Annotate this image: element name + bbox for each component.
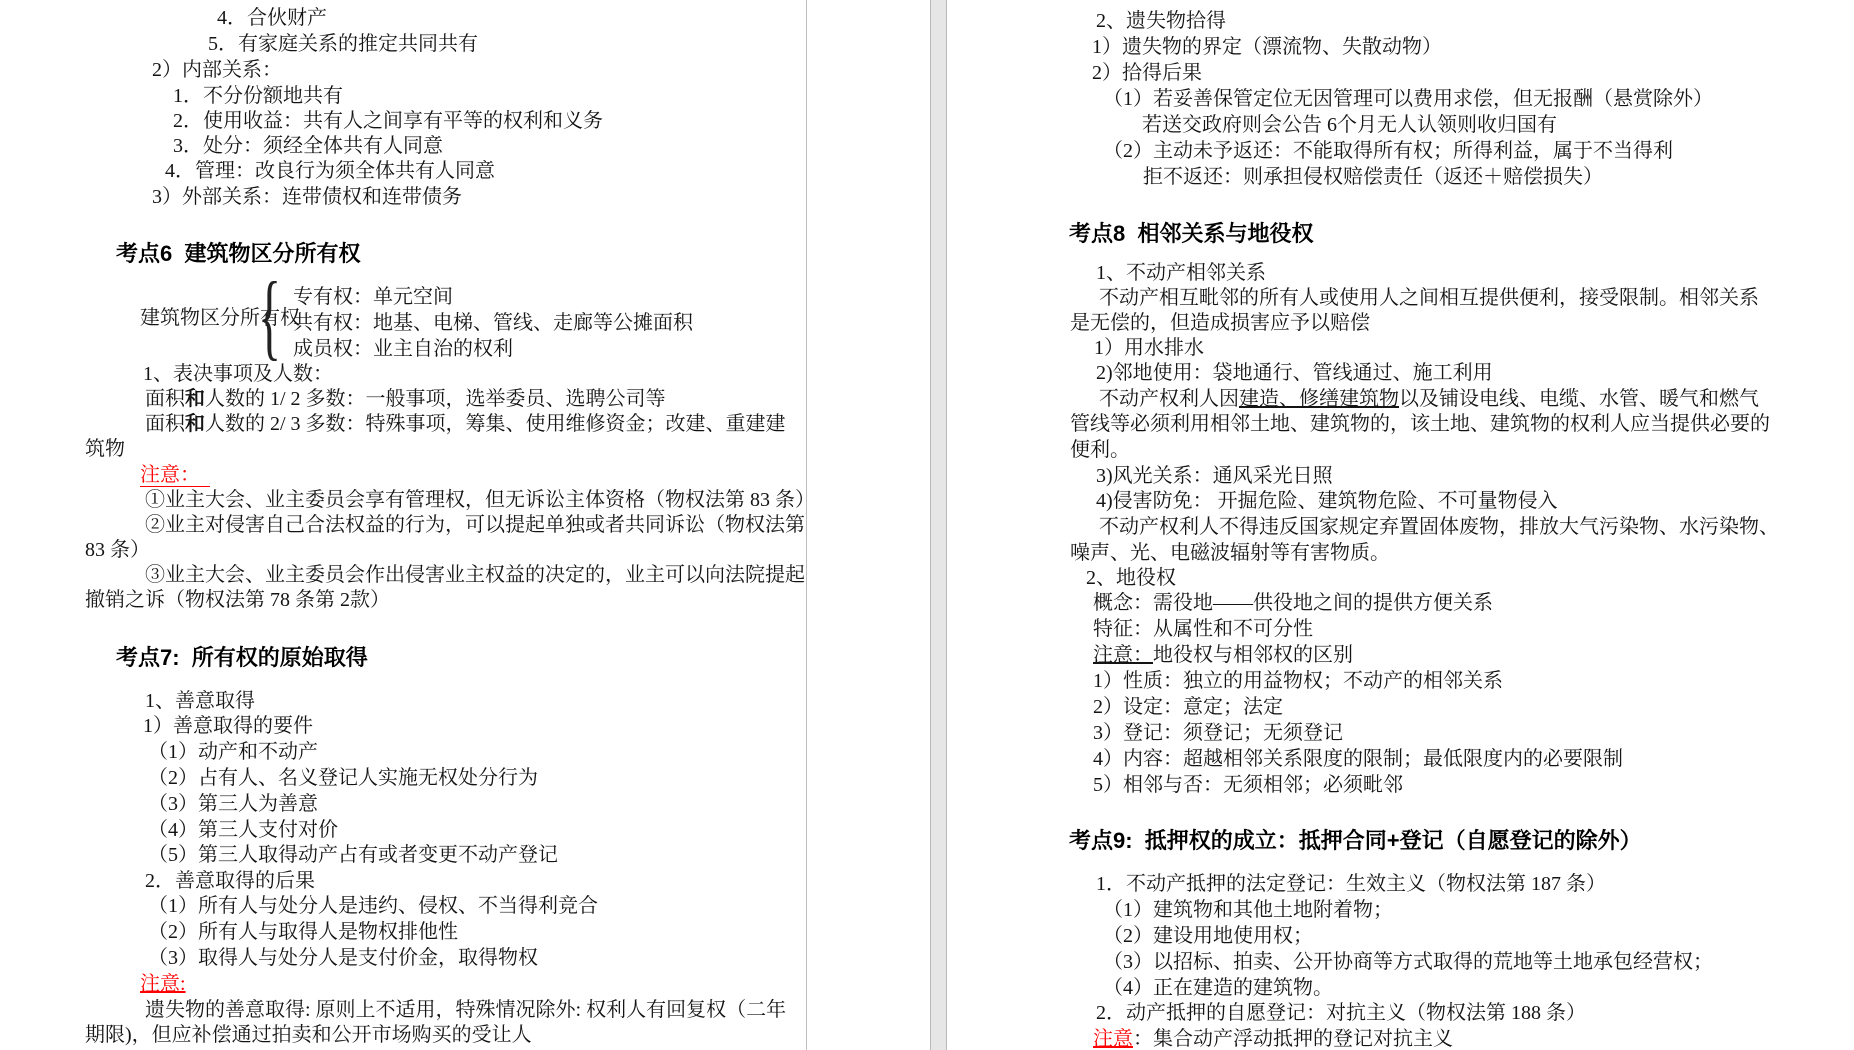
text-line: （4）第三人支付对价: [148, 817, 338, 843]
text-line: 1、善意取得: [145, 688, 255, 714]
text-line: 1、表决事项及人数：: [143, 361, 333, 387]
section-heading-7: 考点7: 所有权的原始取得: [116, 645, 368, 671]
text-line: （2）主动未予返还：不能取得所有权；所得利益，属于不当得利: [1103, 138, 1673, 164]
section-heading-8: 考点8 相邻关系与地役权: [1069, 221, 1313, 247]
text-line: 噪声、光、电磁波辐射等有害物质。: [1070, 540, 1390, 566]
page-edge-divider: [806, 0, 807, 1050]
text-line: ③业主大会、业主委员会作出侵害业主权益的决定的，业主可以向法院提起: [145, 562, 805, 588]
text-segment: 面积: [145, 413, 185, 435]
underlined-text: 注意：: [1093, 644, 1153, 666]
text-line: 注意：地役权与相邻权的区别: [1093, 642, 1353, 668]
text-segment: 不动产权利人因: [1099, 388, 1239, 410]
text-line: 撤销之诉（物权法第 78 条第 2款）: [85, 587, 390, 613]
text-line: 3）登记：须登记；无须登记: [1093, 720, 1343, 746]
text-line: （1）建筑物和其他土地附着物；: [1103, 897, 1393, 923]
text-line: 遗失物的善意取得: 原则上不适用，特殊情况除外: 权利人有回复权（二年: [145, 997, 786, 1023]
text-line: 期限)，但应补偿通过拍卖和公开市场购买的受让人: [85, 1022, 532, 1048]
text-line: 面积和人数的 2/ 3 多数：特殊事项，筹集、使用维修资金；改建、重建建: [145, 411, 786, 437]
text-line: 筑物: [85, 436, 125, 462]
text-line: 2．动产抵押的自愿登记：对抗主义（物权法第 188 条）: [1096, 1000, 1586, 1026]
text-line: （2）建设用地使用权；: [1103, 923, 1313, 949]
text-line: 不动产权利人因建造、修缮建筑物以及铺设电线、电缆、水管、暖气和燃气: [1099, 386, 1759, 412]
text-line: 1）用水排水: [1094, 335, 1204, 361]
text-line: 2．使用收益：共有人之间享有平等的权利和义务: [173, 108, 603, 134]
text-line: 4）内容：超越相邻关系限度的限制；最低限度内的必要限制: [1093, 746, 1623, 772]
text-line: 1）遗失物的界定（漂流物、失散动物）: [1092, 34, 1442, 60]
text-line: 2）拾得后果: [1092, 60, 1202, 86]
text-segment: 地役权与相邻权的区别: [1153, 644, 1353, 666]
text-line: 面积和人数的 1/ 2 多数：一般事项，选举委员、选聘公司等: [145, 386, 666, 412]
text-segment: 以及铺设电线、电缆、水管、暖气和燃气: [1399, 388, 1759, 410]
text-line: 若送交政府则会公告 6个月无人认领则收归国有: [1142, 112, 1557, 138]
text-line: 1）性质：独立的用益物权；不动产的相邻关系: [1093, 668, 1503, 694]
text-line: 特征：从属性和不可分性: [1093, 616, 1313, 642]
text-line: 2）内部关系：: [152, 57, 282, 83]
text-line: 4．合伙财产: [217, 5, 327, 31]
text-line: （3）以招标、拍卖、公开协商等方式取得的荒地等土地承包经营权；: [1103, 949, 1713, 975]
text-line: 5．有家庭关系的推定共同共有: [208, 31, 478, 57]
text-line: 2、地役权: [1086, 565, 1176, 591]
underlined-text: 建造、修缮建筑物: [1239, 388, 1399, 410]
notice-label: 注意：集合动产浮动抵押的登记对抗主义: [1093, 1026, 1453, 1050]
text-line: 便利。: [1070, 437, 1130, 463]
text-line: （1）若妥善保管定位无因管理可以费用求偿，但无报酬（悬赏除外）: [1103, 86, 1713, 112]
notice-text: 注意: [1093, 1028, 1133, 1050]
text-segment: 人数的 2/ 3 多数：特殊事项，筹集、使用维修资金；改建、重建建: [205, 413, 786, 435]
text-line: （1）动产和不动产: [148, 739, 318, 765]
text-line: （4）正在建造的建筑物。: [1103, 975, 1333, 1001]
text-line: 是无偿的，但造成损害应予以赔偿: [1070, 310, 1370, 336]
bold-text: 和: [185, 388, 205, 410]
bold-text: 和: [185, 413, 205, 435]
text-line: （1）所有人与处分人是违约、侵权、不当得利竞合: [148, 893, 598, 919]
section-heading-6: 考点6 建筑物区分所有权: [116, 241, 360, 267]
vertical-scrollbar[interactable]: [930, 0, 947, 1050]
text-line: 管线等必须利用相邻土地、建筑物的，该土地、建筑物的权利人应当提供必要的: [1070, 411, 1770, 437]
text-line: 2)邻地使用：袋地通行、管线通过、施工利用: [1096, 360, 1493, 386]
text-line: 3)风光关系：通风采光日照: [1096, 463, 1333, 489]
curly-brace: {: [258, 272, 281, 360]
text-line: 1、不动产相邻关系: [1096, 260, 1266, 286]
text-line: （3）第三人为善意: [148, 791, 318, 817]
notice-label: 注意：: [140, 462, 210, 488]
text-line: ②业主对侵害自己合法权益的行为，可以提起单独或者共同诉讼（物权法第: [145, 512, 805, 538]
text-line: 概念：需役地——供役地之间的提供方便关系: [1093, 590, 1493, 616]
text-line: （3）取得人与处分人是支付价金，取得物权: [148, 945, 538, 971]
document-viewer: { "colors": {"text": "#141414", "notice_…: [0, 0, 1854, 1050]
text-line: （2）所有人与取得人是物权排他性: [148, 919, 458, 945]
notice-label: 注意:: [140, 971, 186, 997]
bracket-item: 共有权：地基、电梯、管线、走廊等公摊面积: [293, 310, 693, 336]
text-line: （2）占有人、名义登记人实施无权处分行为: [148, 765, 538, 791]
text-line: 不动产权利人不得违反国家规定弃置固体废物，排放大气污染物、水污染物、: [1099, 514, 1779, 540]
text-line: 2、遗失物拾得: [1096, 8, 1226, 34]
text-line: 3）外部关系：连带债权和连带债务: [152, 184, 462, 210]
text-line: 2．善意取得的后果: [145, 868, 315, 894]
text-line: 1．不分份额地共有: [173, 83, 343, 109]
section-heading-9: 考点9: 抵押权的成立：抵押合同+登记（自愿登记的除外）: [1069, 828, 1642, 854]
text-segment: 面积: [145, 388, 185, 410]
text-line: 拒不返还：则承担侵权赔偿责任（返还＋赔偿损失）: [1143, 164, 1603, 190]
bracket-item: 专有权：单元空间: [293, 284, 453, 310]
text-line: 2）设定：意定；法定: [1093, 694, 1283, 720]
text-line: 1．不动产抵押的法定登记：生效主义（物权法第 187 条）: [1096, 871, 1606, 897]
text-line: 5）相邻与否：无须相邻；必须毗邻: [1093, 772, 1403, 798]
text-line: 1）善意取得的要件: [143, 713, 313, 739]
text-segment: 人数的 1/ 2 多数：一般事项，选举委员、选聘公司等: [205, 388, 666, 410]
text-line: 4．管理：改良行为须全体共有人同意: [165, 158, 495, 184]
text-line: 3．处分：须经全体共有人同意: [173, 133, 443, 159]
text-line: ①业主大会、业主委员会享有管理权，但无诉讼主体资格（物权法第 83 条）: [145, 487, 815, 513]
text-line: 4)侵害防免： 开掘危险、建筑物危险、不可量物侵入: [1096, 488, 1558, 514]
text-segment: ：集合动产浮动抵押的登记对抗主义: [1133, 1028, 1453, 1050]
text-line: （5）第三人取得动产占有或者变更不动产登记: [148, 842, 558, 868]
bracket-item: 成员权：业主自治的权利: [293, 336, 513, 362]
text-line: 不动产相互毗邻的所有人或使用人之间相互提供便利，接受限制。相邻关系: [1099, 285, 1759, 311]
text-line: 83 条）: [85, 537, 150, 563]
notice-text: 注意：: [140, 464, 210, 487]
